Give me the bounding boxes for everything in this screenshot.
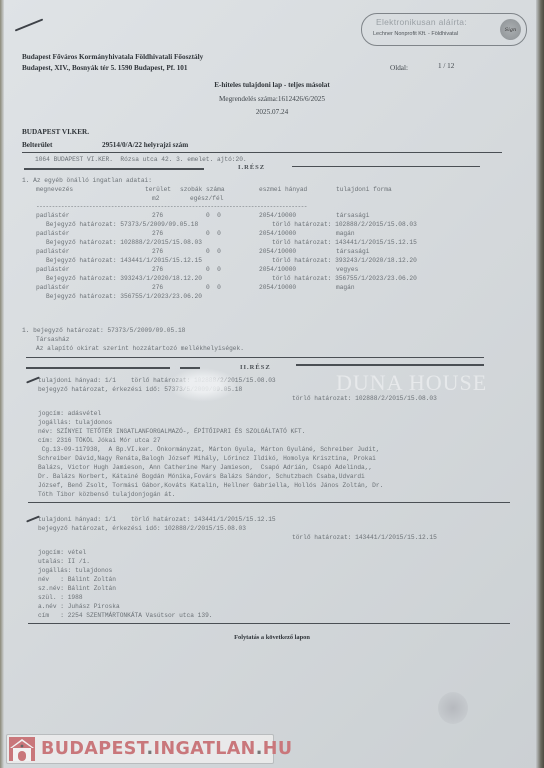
divider: [28, 623, 510, 624]
seal-label: Sign: [505, 27, 516, 33]
column-header: eszmei hányad: [259, 186, 307, 193]
row-area: 276: [152, 248, 163, 255]
detail-line: utalás: II /1.: [38, 558, 90, 565]
row-entry-decision: Bejegyző határozat: 393243/1/2020/18.12.…: [46, 275, 202, 282]
row-delete-decision: törlő határozat: 102888/2/2015/15.08.03: [272, 221, 417, 228]
pen-mark: [15, 18, 44, 31]
logo-part-hu: HU: [263, 739, 293, 759]
divider: [26, 357, 484, 358]
row-entry-decision: Bejegyző határozat: 57373/5/2009/09.05.1…: [46, 221, 198, 228]
row-name: padlástér: [36, 266, 69, 273]
office-name: Budapest Főváros Kormányhivatala Földhiv…: [22, 53, 203, 61]
detail-line: jogcím: adásvétel: [38, 410, 101, 417]
page-number: 1 / 12: [438, 62, 454, 70]
property-address: 1064 BUDAPEST VI.KER. Rózsa utca 42. 3. …: [35, 156, 247, 163]
delete-line: törlő határozat: 102888/2/2015/15.08.03: [292, 395, 437, 402]
detail-line: József, Benő Zsolt, Tormási Gábor,Kováts…: [38, 482, 383, 489]
watermark: DUNA HOUSE: [336, 370, 487, 396]
row-rooms: 0 0: [206, 212, 221, 219]
row-form: társasági: [336, 248, 369, 255]
column-separator: ----------------------------------------…: [36, 203, 307, 210]
row-delete-decision: törlő határozat: 393243/1/2020/18.12.20: [272, 257, 417, 264]
logo-part-ingatlan: INGATLAN: [154, 739, 256, 759]
office-address: Budapest, XIV., Bosnyák tér 5. 1590 Buda…: [22, 64, 187, 72]
delete-line: törlő határozat: 143441/1/2015/15.12.15: [292, 534, 437, 541]
row-rooms: 0 0: [206, 248, 221, 255]
part1-note-line1: 1. bejegyző határozat: 57373/5/2009/09.0…: [22, 327, 185, 334]
divider: [296, 364, 484, 366]
row-entry-decision: Bejegyző határozat: 143441/1/2015/15.12.…: [46, 257, 202, 264]
signature-signer: Lechner Nonprofit Kft. - Földhivatal: [373, 31, 458, 37]
row-rooms: 0 0: [206, 284, 221, 291]
row-share: 2054/10000: [259, 284, 296, 291]
row-entry-decision: Bejegyző határozat: 102888/2/2015/15.08.…: [46, 239, 202, 246]
column-unit: egész/fél: [190, 195, 223, 202]
watermark-blob: [168, 368, 238, 402]
detail-line: cím : 2254 SZENTMÁRTONKÁTA Vasútsor utca…: [38, 612, 213, 619]
column-header: tulajdoni forma: [336, 186, 392, 193]
row-share: 2054/10000: [259, 248, 296, 255]
detail-line: sz.név: Bálint Zoltán: [38, 585, 116, 592]
row-rooms: 0 0: [206, 266, 221, 273]
signature-title: Elektronikusan aláírta:: [376, 17, 467, 27]
detail-line: Schreiber Dávid,Nagy Renáta,Balogh Józse…: [38, 455, 376, 462]
lot-number: 29514/0/A/22 helyrajzi szám: [102, 141, 188, 149]
row-delete-decision: törlő határozat: 356755/1/2023/23.06.20: [272, 275, 417, 282]
column-header: szobák száma: [180, 186, 225, 193]
detail-line: jogállás: tulajdonos: [38, 567, 112, 574]
part2-title: II.RÉSZ: [240, 364, 271, 371]
footer-logo[interactable]: BUDAPEST.INGATLAN.HU: [6, 734, 274, 764]
row-rooms: 0 0: [206, 230, 221, 237]
column-header: terület: [145, 186, 171, 193]
divider: [22, 152, 502, 153]
detail-line: cím: 2316 TÖKÖL Jókai Mór utca 27: [38, 437, 161, 444]
row-area: 276: [152, 230, 163, 237]
row-delete-decision: törlő határozat: 143441/1/2015/15.12.15: [272, 239, 417, 246]
page-label: Oldal:: [390, 64, 408, 72]
column-header: megnevezés: [36, 186, 73, 193]
divider: [24, 168, 204, 170]
row-form: társasági: [336, 212, 369, 219]
row-area: 276: [152, 212, 163, 219]
entry-line: bejegyző határozat, érkezési idő: 102888…: [38, 525, 246, 532]
row-name: padlástér: [36, 212, 69, 219]
row-form: vegyes: [336, 266, 358, 273]
column-unit: m2: [152, 195, 159, 202]
row-form: magán: [336, 230, 355, 237]
row-entry-decision: Bejegyző határozat: 356755/1/2023/23.06.…: [46, 293, 202, 300]
detail-line: Dr. Balázs Norbert, Kátainé Bogdán Mónik…: [38, 473, 365, 480]
house-icon: [9, 737, 35, 761]
district: BUDAPEST VI.KER.: [22, 128, 89, 136]
area-type: Belterület: [22, 141, 52, 149]
part1-note-line2: Társasház: [36, 336, 69, 343]
detail-line: jogállás: tulajdonos: [38, 419, 112, 426]
detail-line: Tóth Tibor közbenső tulajdonjogán át.: [38, 491, 175, 498]
row-area: 276: [152, 266, 163, 273]
row-share: 2054/10000: [259, 266, 296, 273]
divider: [28, 502, 510, 503]
continuation-note: Folytatás a következő lapon: [0, 634, 544, 641]
detail-line: név: SZÍNYEI TETŐTÉR INGATLANFORGALMAZÓ-…: [38, 428, 305, 435]
row-name: padlástér: [36, 248, 69, 255]
row-area: 276: [152, 284, 163, 291]
punch-hole: [438, 692, 468, 724]
divider: [26, 367, 170, 369]
row-form: magán: [336, 284, 355, 291]
detail-line: Cg.13-09-117938, A Bp.VI.ker. Önkormányz…: [38, 446, 380, 453]
row-share: 2054/10000: [259, 230, 296, 237]
logo-part-budapest: BUDAPEST: [41, 739, 146, 759]
row-name: padlástér: [36, 230, 69, 237]
logo-text: BUDAPEST.INGATLAN.HU: [41, 739, 292, 759]
detail-line: jogcím: vétel: [38, 549, 86, 556]
detail-line: Balázs, Victor Hugh Jamieson, Ann Cather…: [38, 464, 372, 471]
detail-line: a.név : Juhász Piroska: [38, 603, 120, 610]
divider: [292, 166, 480, 167]
document-date: 2025.07.24: [0, 108, 544, 116]
share-line: tulajdoni hányad: 1/1 törlő határozat: 1…: [38, 516, 276, 523]
order-number: Megrendelés száma:1612426/6/2025: [0, 95, 544, 103]
part1-title: I.RÉSZ: [238, 164, 265, 171]
document-title: E-hiteles tulajdoni lap - teljes másolat: [0, 81, 544, 89]
row-name: padlástér: [36, 284, 69, 291]
row-share: 2054/10000: [259, 212, 296, 219]
share-line: tulajdoni hányad: 1/1 törlő határozat: 1…: [38, 377, 276, 384]
electronic-signature-badge: Elektronikusan aláírta: Lechner Nonprofi…: [361, 13, 527, 46]
detail-line: szül. : 1988: [38, 594, 83, 601]
part1-heading: 1. Az egyéb önálló ingatlan adatai:: [22, 177, 152, 184]
part1-note-line3: Az alapító okirat szerint hozzátartozó m…: [36, 345, 244, 352]
detail-line: név : Bálint Zoltán: [38, 576, 116, 583]
seal-icon: Sign: [500, 19, 521, 40]
